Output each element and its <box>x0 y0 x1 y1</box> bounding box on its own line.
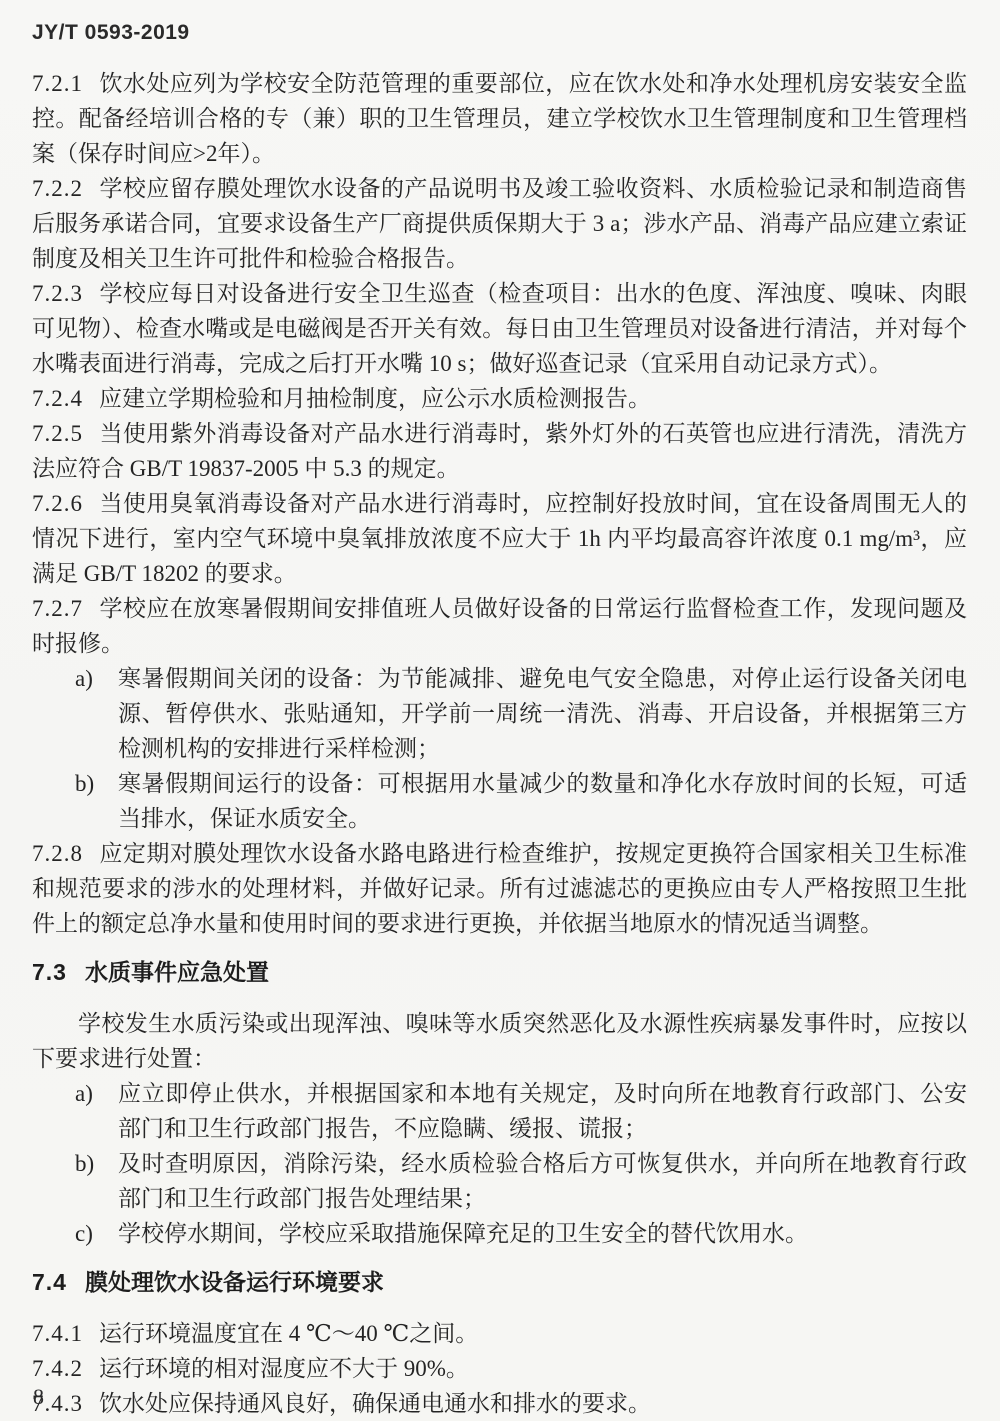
clause-number: 7.4.1 <box>32 1321 83 1346</box>
section-title: 膜处理饮水设备运行环境要求 <box>85 1269 384 1295</box>
page-number: 8 <box>33 1384 44 1410</box>
list-item-text: 学校停水期间，学校应采取措施保障充足的卫生安全的替代饮用水。 <box>118 1221 808 1246</box>
list-marker: a) <box>75 661 93 696</box>
list-item-b-7-3: b)及时查明原因，消除污染，经水质检验合格后方可恢复供水，并向所在地教育行政部门… <box>32 1146 967 1216</box>
clause-7-4-3: 7.4.3饮水处应保持通风良好，确保通电通水和排水的要求。 <box>32 1386 967 1421</box>
clause-number: 7.4.2 <box>32 1356 83 1381</box>
clause-7-4-1: 7.4.1运行环境温度宜在 4 ℃～40 ℃之间。 <box>32 1316 967 1351</box>
list-item-text: 应立即停止供水，并根据国家和本地有关规定，及时向所在地教育行政部门、公安部门和卫… <box>118 1081 967 1141</box>
list-item-b-7-2-7: b)寒暑假期间运行的设备：可根据用水量减少的数量和净化水存放时间的长短，可适当排… <box>32 766 967 836</box>
section-number: 7.3 <box>32 959 67 985</box>
list-item-a-7-3: a)应立即停止供水，并根据国家和本地有关规定，及时向所在地教育行政部门、公安部门… <box>32 1076 967 1146</box>
list-marker: b) <box>75 766 94 801</box>
clause-number: 7.2.8 <box>32 841 83 866</box>
clause-7-2-2: 7.2.2学校应留存膜处理饮水设备的产品说明书及竣工验收资料、水质检验记录和制造… <box>32 171 967 276</box>
clause-text: 运行环境温度宜在 4 ℃～40 ℃之间。 <box>99 1321 478 1346</box>
clause-text: 运行环境的相对湿度应不大于 90%。 <box>99 1356 469 1381</box>
clause-7-2-6: 7.2.6当使用臭氧消毒设备对产品水进行消毒时，应控制好投放时间，宜在设备周围无… <box>32 486 967 591</box>
list-item-a-7-2-7: a)寒暑假期间关闭的设备：为节能减排、避免电气安全隐患，对停止运行设备关闭电源、… <box>32 661 967 766</box>
doc-code-header: JY/T 0593-2019 <box>32 20 967 46</box>
clause-number: 7.2.1 <box>32 71 83 96</box>
clause-text: 当使用臭氧消毒设备对产品水进行消毒时，应控制好投放时间，宜在设备周围无人的情况下… <box>32 491 967 586</box>
list-item-text: 及时查明原因，消除污染，经水质检验合格后方可恢复供水，并向所在地教育行政部门和卫… <box>118 1151 967 1211</box>
clause-number: 7.2.2 <box>32 176 83 201</box>
clause-7-2-5: 7.2.5当使用紫外消毒设备对产品水进行消毒时，紫外灯外的石英管也应进行清洗，清… <box>32 416 967 486</box>
clause-text: 学校应在放寒暑假期间安排值班人员做好设备的日常运行监督检查工作，发现问题及时报修… <box>32 596 967 656</box>
clause-7-2-7: 7.2.7学校应在放寒暑假期间安排值班人员做好设备的日常运行监督检查工作，发现问… <box>32 591 967 661</box>
list-item-c-7-3: c)学校停水期间，学校应采取措施保障充足的卫生安全的替代饮用水。 <box>32 1216 967 1251</box>
clause-number: 7.2.4 <box>32 386 83 411</box>
clause-number: 7.2.7 <box>32 596 83 621</box>
clause-number: 7.2.5 <box>32 421 83 446</box>
list-marker: a) <box>75 1076 93 1111</box>
clause-text: 饮水处应列为学校安全防范管理的重要部位，应在饮水处和净水处理机房安装安全监控。配… <box>32 71 967 166</box>
list-item-text: 寒暑假期间关闭的设备：为节能减排、避免电气安全隐患，对停止运行设备关闭电源、暂停… <box>118 666 967 761</box>
section-number: 7.4 <box>32 1269 67 1295</box>
clause-number: 7.2.6 <box>32 491 83 516</box>
section-7-3-intro: 学校发生水质污染或出现浑浊、嗅味等水质突然恶化及水源性疾病暴发事件时，应按以下要… <box>32 1006 967 1076</box>
clause-7-2-1: 7.2.1饮水处应列为学校安全防范管理的重要部位，应在饮水处和净水处理机房安装安… <box>32 66 967 171</box>
section-7-3-heading: 7.3水质事件应急处置 <box>32 955 967 990</box>
document-page: JY/T 0593-2019 7.2.1饮水处应列为学校安全防范管理的重要部位，… <box>0 0 1000 1421</box>
clause-text: 学校应每日对设备进行安全卫生巡查（检查项目：出水的色度、浑浊度、嗅味、肉眼可见物… <box>32 281 967 376</box>
list-marker: c) <box>75 1216 93 1251</box>
clause-text: 当使用紫外消毒设备对产品水进行消毒时，紫外灯外的石英管也应进行清洗，清洗方法应符… <box>32 421 967 481</box>
list-marker: b) <box>75 1146 94 1181</box>
clause-text: 应定期对膜处理饮水设备水路电路进行检查维护，按规定更换符合国家相关卫生标准和规范… <box>32 841 967 936</box>
clause-7-4-2: 7.4.2运行环境的相对湿度应不大于 90%。 <box>32 1351 967 1386</box>
clause-7-2-3: 7.2.3学校应每日对设备进行安全卫生巡查（检查项目：出水的色度、浑浊度、嗅味、… <box>32 276 967 381</box>
list-item-text: 寒暑假期间运行的设备：可根据用水量减少的数量和净化水存放时间的长短，可适当排水，… <box>118 771 967 831</box>
clause-text: 学校应留存膜处理饮水设备的产品说明书及竣工验收资料、水质检验记录和制造商售后服务… <box>32 176 967 271</box>
clause-7-2-4: 7.2.4应建立学期检验和月抽检制度，应公示水质检测报告。 <box>32 381 967 416</box>
clause-text: 应建立学期检验和月抽检制度，应公示水质检测报告。 <box>99 386 651 411</box>
section-7-4-heading: 7.4膜处理饮水设备运行环境要求 <box>32 1265 967 1300</box>
section-title: 水质事件应急处置 <box>85 959 269 985</box>
clause-number: 7.2.3 <box>32 281 83 306</box>
clause-7-2-8: 7.2.8应定期对膜处理饮水设备水路电路进行检查维护，按规定更换符合国家相关卫生… <box>32 836 967 941</box>
clause-text: 饮水处应保持通风良好，确保通电通水和排水的要求。 <box>99 1391 651 1416</box>
